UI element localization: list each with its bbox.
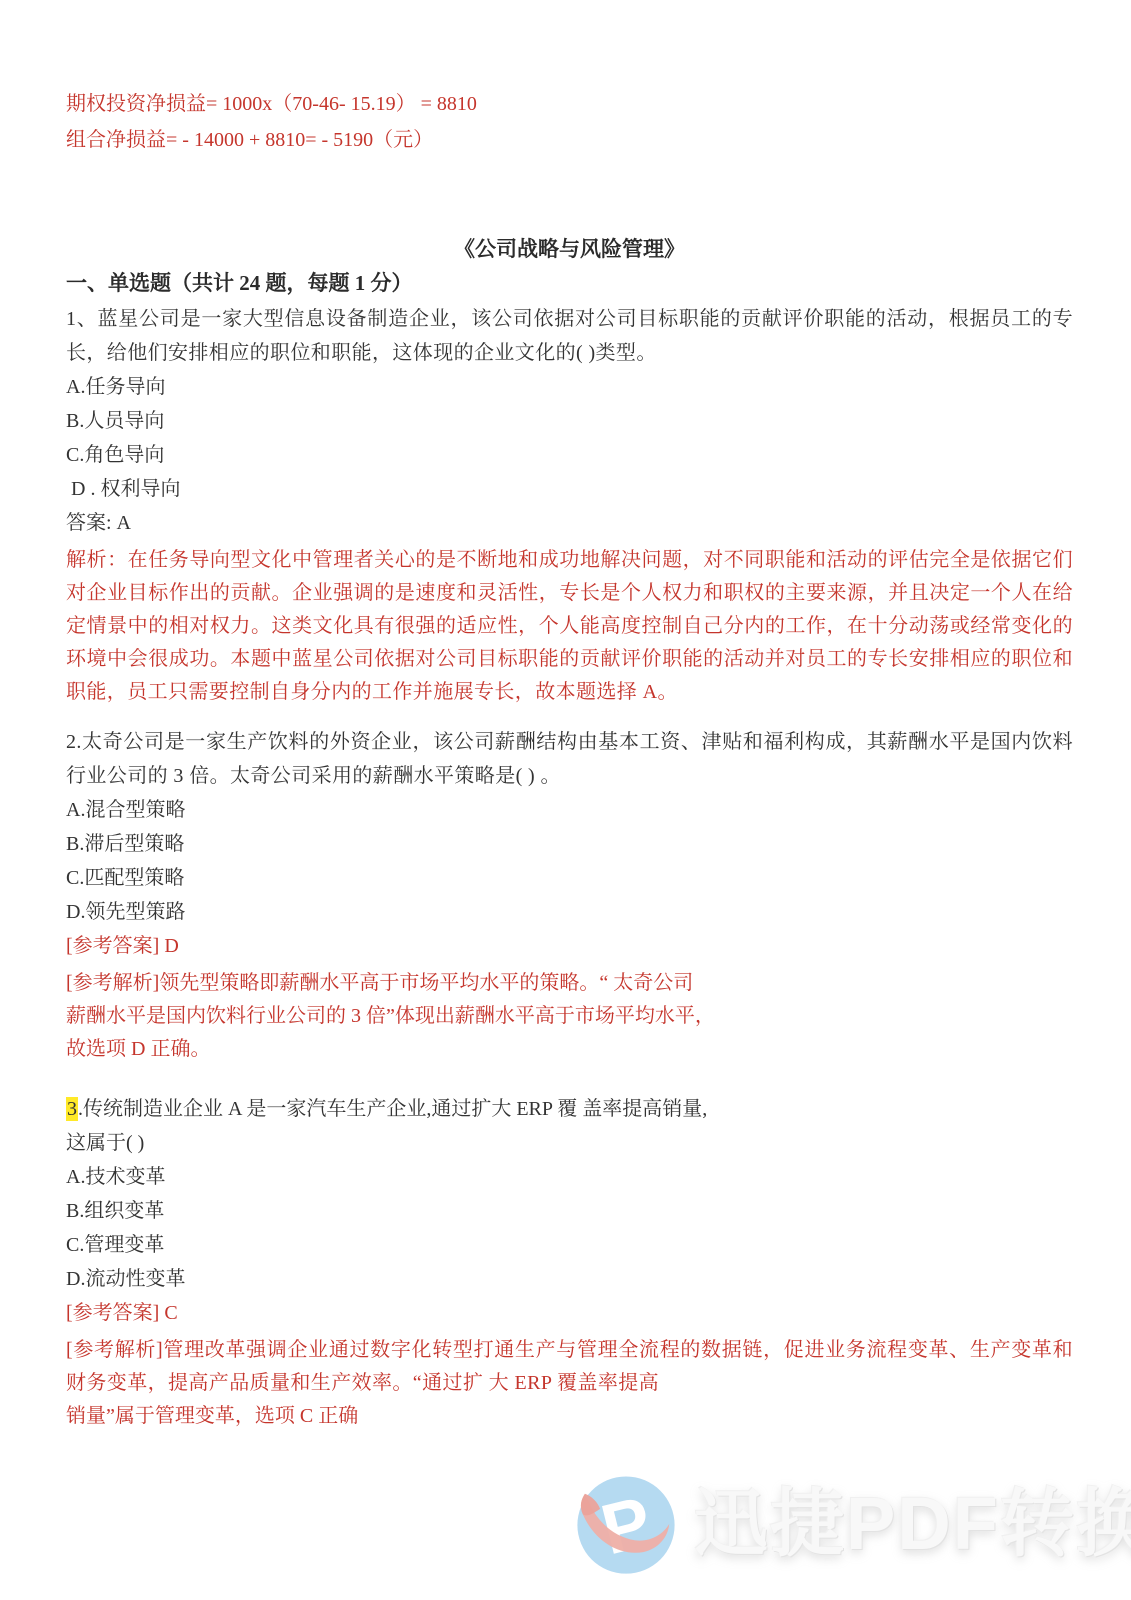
question-1-analysis: 解析：在任务导向型文化中管理者关心的是不断地和成功地解决问题，对不同职能和活动的…	[66, 544, 1073, 709]
question-2-analysis-line-3: 故选项 D 正确。	[66, 1033, 1073, 1066]
question-3-stem-text: .传统制造业企业 A 是一家汽车生产企业,通过扩大 ERP 覆 盖率提高销量,	[78, 1098, 707, 1120]
document-page: 期权投资净损益= 1000x（70-46- 15.19） = 8810 组合净损…	[0, 0, 1131, 1433]
question-1: 1、蓝星公司是一家大型信息设备制造企业，该公司依据对公司目标职能的贡献评价职能的…	[66, 302, 1073, 709]
highlighted-question-number: 3	[66, 1097, 78, 1121]
question-3-option-b: B.组织变革	[66, 1194, 1073, 1228]
question-1-option-a: A.任务导向	[66, 370, 1073, 404]
question-1-answer: 答案: A	[66, 506, 1073, 540]
question-3-analysis-paragraph-2: 销量”属于管理变革，选项 C 正确	[66, 1400, 1073, 1433]
question-3-option-c: C.管理变革	[66, 1228, 1073, 1262]
question-2-option-b: B.滞后型策略	[66, 827, 1073, 861]
question-2-option-a: A.混合型策略	[66, 793, 1073, 827]
question-3-stem-line-2: 这属于( )	[66, 1126, 1073, 1160]
question-1-option-c: C.角色导向	[66, 438, 1073, 472]
question-3-option-a: A.技术变革	[66, 1160, 1073, 1194]
question-3-stem: 3.传统制造业企业 A 是一家汽车生产企业,通过扩大 ERP 覆 盖率提高销量,	[66, 1092, 1073, 1126]
question-1-option-d: D . 权利导向	[66, 472, 1073, 506]
watermark: P 迅捷PDF转换器	[572, 1470, 1131, 1578]
section-header: 一、单选题（共计 24 题，每题 1 分）	[66, 266, 1073, 300]
pdf-converter-logo-icon: P	[572, 1470, 680, 1578]
question-3-option-d: D.流动性变革	[66, 1262, 1073, 1296]
question-2-option-d: D.领先型策路	[66, 895, 1073, 929]
page-title: 《公司战略与风险管理》	[66, 232, 1073, 266]
question-2-answer: [参考答案] D	[66, 929, 1073, 963]
question-2-analysis-line-2: 薪酬水平是国内饮料行业公司的 3 倍”体现出薪酬水平高于市场平均水平，	[66, 1000, 1073, 1033]
question-3-answer: [参考答案] C	[66, 1296, 1073, 1330]
question-2-analysis-line-1: [参考解析]领先型策略即薪酬水平高于市场平均水平的策略。“ 太奇公司	[66, 967, 1073, 1000]
question-1-option-b: B.人员导向	[66, 404, 1073, 438]
question-3-analysis-paragraph-1: [参考解析]管理改革强调企业通过数字化转型打通生产与管理全流程的数据链，促进业务…	[66, 1334, 1073, 1400]
formula-line-2: 组合净损益= - 14000 + 8810= - 5190（元）	[66, 122, 1073, 158]
formula-line-1: 期权投资净损益= 1000x（70-46- 15.19） = 8810	[66, 86, 1073, 122]
question-2-stem: 2.太奇公司是一家生产饮料的外资企业，该公司薪酬结构由基本工资、津贴和福利构成，…	[66, 725, 1073, 793]
question-3: 3.传统制造业企业 A 是一家汽车生产企业,通过扩大 ERP 覆 盖率提高销量,…	[66, 1092, 1073, 1433]
question-2: 2.太奇公司是一家生产饮料的外资企业，该公司薪酬结构由基本工资、津贴和福利构成，…	[66, 725, 1073, 1066]
question-1-stem: 1、蓝星公司是一家大型信息设备制造企业，该公司依据对公司目标职能的贡献评价职能的…	[66, 302, 1073, 370]
question-2-option-c: C.匹配型策略	[66, 861, 1073, 895]
watermark-text: 迅捷PDF转换器	[694, 1507, 1131, 1541]
